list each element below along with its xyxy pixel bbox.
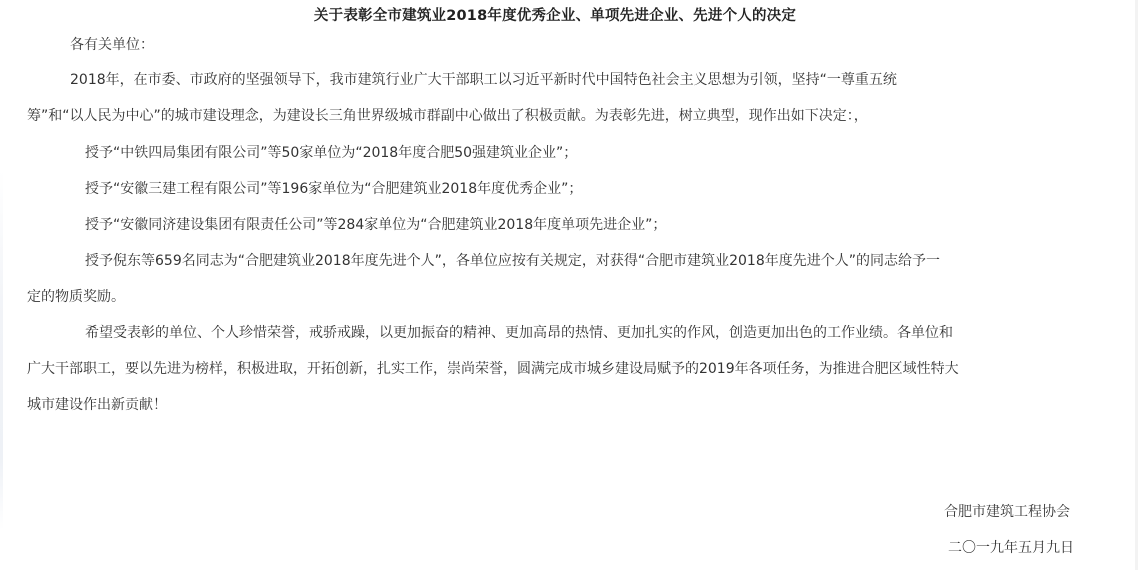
- salutation: 各有关单位：: [70, 35, 154, 55]
- award-line-3: 授予“安徽同济建设集团有限责任公司”等284家单位为“合肥建筑业2018年度单项…: [85, 215, 666, 235]
- document-body: 关于表彰全市建筑业2018年度优秀企业、单项先进企业、先进个人的决定 各有关单位…: [0, 0, 1138, 570]
- individual-award-line-2: 定的物质奖励。: [27, 287, 125, 307]
- award-line-1: 授予“中铁四局集团有限公司”等50家单位为“2018年度合肥50强建筑业企业”；: [85, 143, 577, 163]
- closing-line-2: 广大干部职工，要以先进为榜样，积极进取，开拓创新，扎实工作，崇尚荣誉，圆满完成市…: [27, 359, 959, 379]
- document-title: 关于表彰全市建筑业2018年度优秀企业、单项先进企业、先进个人的决定: [0, 6, 1110, 26]
- award-line-2: 授予“安徽三建工程有限公司”等196家单位为“合肥建筑业2018年度优秀企业”；: [85, 179, 582, 199]
- signature-date: 二〇一九年五月九日: [948, 538, 1074, 558]
- closing-line-1: 希望受表彰的单位、个人珍惜荣誉，戒骄戒躁，以更加振奋的精神、更加高昂的热情、更加…: [85, 323, 953, 343]
- intro-line-2: 筹”和“以人民为中心”的城市建设理念，为建设长三角世界级城市群副中心做出了积极贡…: [27, 106, 868, 126]
- signature-organization: 合肥市建筑工程协会: [944, 502, 1070, 522]
- individual-award-line-1: 授予倪东等659名同志为“合肥建筑业2018年度先进个人”，各单位应按有关规定，…: [85, 251, 940, 271]
- intro-line-1: 2018年，在市委、市政府的坚强领导下，我市建筑行业广大干部职工以习近平新时代中…: [70, 70, 897, 90]
- closing-line-3: 城市建设作出新贡献！: [27, 395, 167, 415]
